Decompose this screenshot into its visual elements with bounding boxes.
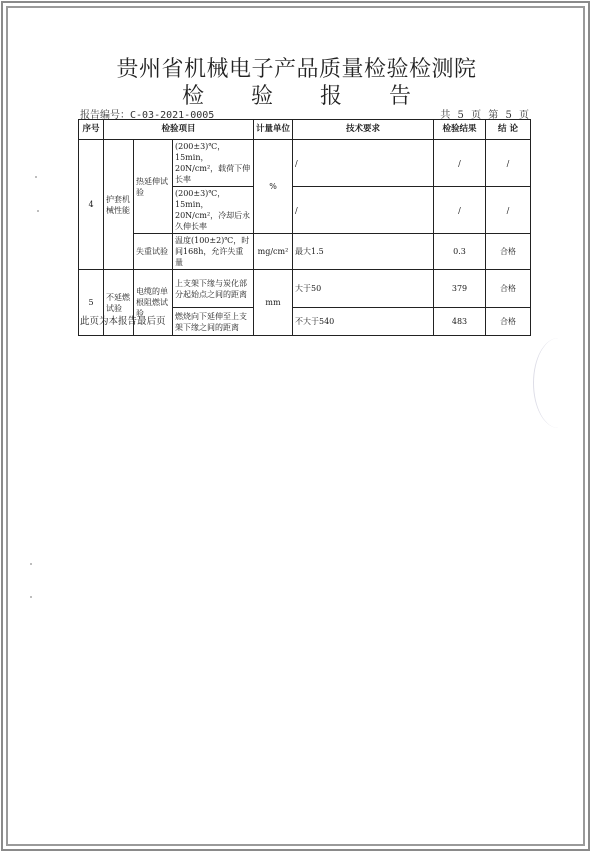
- condition-cell: (200±3)℃，15min，20N/cm²，载荷下伸长率: [173, 140, 254, 187]
- conclusion-cell: 合格: [486, 234, 531, 270]
- condition-cell: 上支架下缘与炭化部分起始点之间的距离: [173, 270, 254, 308]
- unit-cell: %: [254, 140, 293, 234]
- conclusion-cell: /: [486, 187, 531, 234]
- condition-cell: (200±3)℃，15min，20N/cm²，冷却后永久伸长率: [173, 187, 254, 234]
- col-header-unit: 计量单位: [254, 120, 293, 140]
- col-header-conclusion: 结 论: [486, 120, 531, 140]
- inspection-table: 序号 检验项目 计量单位 技术要求 检验结果 结 论 4 护套机械性能 热延伸试…: [78, 119, 531, 336]
- conclusion-cell: 合格: [486, 308, 531, 336]
- category-cell: 护套机械性能: [104, 140, 134, 270]
- last-page-note: 此页为本报告最后页: [80, 313, 166, 327]
- col-header-requirement: 技术要求: [293, 120, 434, 140]
- scan-speck: [30, 563, 32, 565]
- result-cell: /: [434, 187, 486, 234]
- scan-speck: [35, 176, 37, 178]
- result-cell: /: [434, 140, 486, 187]
- table-row: 4 护套机械性能 热延伸试验 (200±3)℃，15min，20N/cm²，载荷…: [79, 140, 531, 187]
- result-cell: 483: [434, 308, 486, 336]
- col-header-result: 检验结果: [434, 120, 486, 140]
- requirement-cell: /: [293, 187, 434, 234]
- requirement-cell: /: [293, 140, 434, 187]
- result-cell: 379: [434, 270, 486, 308]
- seq-cell: 4: [79, 140, 104, 270]
- requirement-cell: 最大1.5: [293, 234, 434, 270]
- subitem-cell: 热延伸试验: [134, 140, 173, 234]
- seal-stamp-partial: [533, 338, 584, 428]
- conclusion-cell: /: [486, 140, 531, 187]
- conclusion-cell: 合格: [486, 270, 531, 308]
- table-row: 5 不延燃试验 电缆的单根阻燃试验 上支架下缘与炭化部分起始点之间的距离 mm …: [79, 270, 531, 308]
- table-row: 失重试验 温度(100±2)℃，时间168h，允许失重量 mg/cm² 最大1.…: [79, 234, 531, 270]
- scan-speck: [30, 596, 32, 598]
- table-header-row: 序号 检验项目 计量单位 技术要求 检验结果 结 论: [79, 120, 531, 140]
- requirement-cell: 不大于540: [293, 308, 434, 336]
- unit-cell: mm: [254, 270, 293, 336]
- unit-cell: mg/cm²: [254, 234, 293, 270]
- condition-cell: 燃烧向下延伸至上支架下缘之间的距离: [173, 308, 254, 336]
- result-cell: 0.3: [434, 234, 486, 270]
- requirement-cell: 大于50: [293, 270, 434, 308]
- subitem-cell: 失重试验: [134, 234, 173, 270]
- condition-cell: 温度(100±2)℃，时间168h，允许失重量: [173, 234, 254, 270]
- scan-speck: [37, 210, 39, 212]
- col-header-seq: 序号: [79, 120, 104, 140]
- col-header-item: 检验项目: [104, 120, 254, 140]
